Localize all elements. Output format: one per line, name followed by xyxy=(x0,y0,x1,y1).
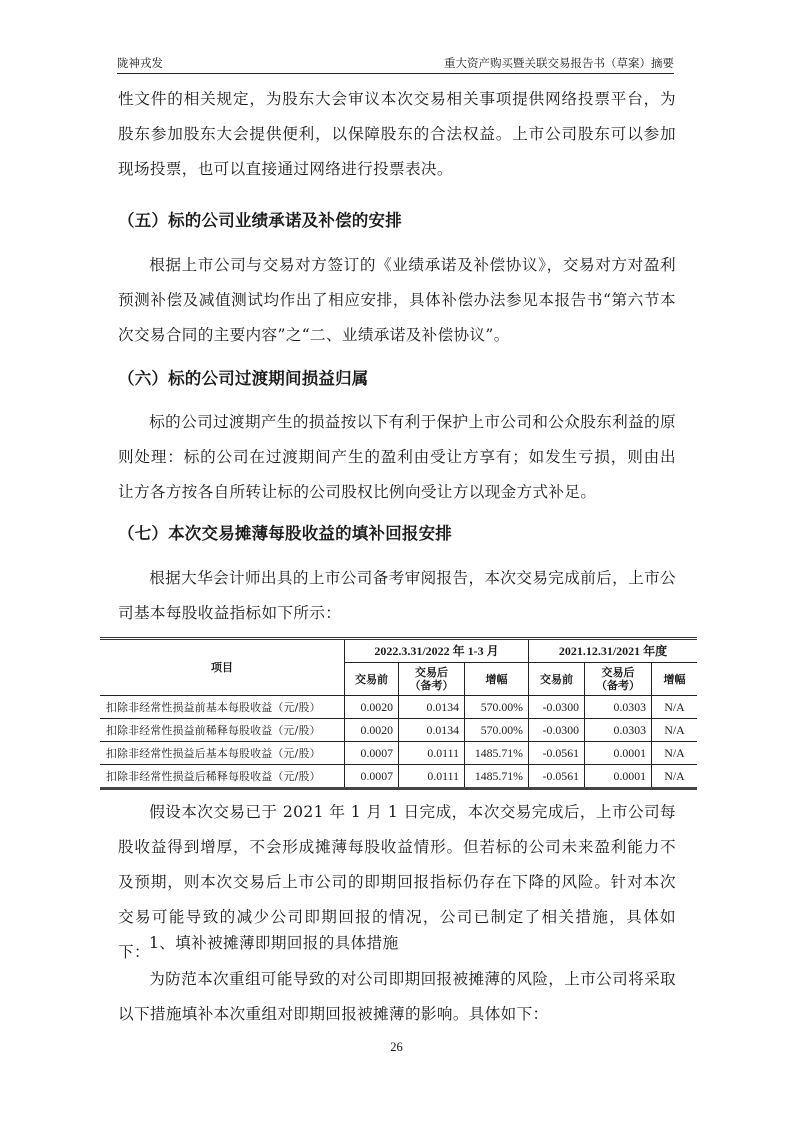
cell: N/A xyxy=(652,765,698,789)
row-label: 扣除非经常性损益前基本每股收益（元/股） xyxy=(100,696,345,719)
cell: 1485.71% xyxy=(465,765,529,789)
header-document-title: 重大资产购买暨关联交易报告书（草案）摘要 xyxy=(444,56,674,70)
section-paragraph: 根据大华会计师出具的上市公司备考审阅报告，本次交易完成前后，上市公司基本每股收益… xyxy=(118,561,676,631)
section-heading: （七）本次交易摊薄每股收益的填补回报安排 xyxy=(118,523,676,545)
change-header: 增幅 xyxy=(465,663,529,696)
period-header-2021: 2021.12.31/2021 年度 xyxy=(529,639,698,663)
intro-paragraph: 性文件的相关规定，为股东大会审议本次交易相关事项提供网络投票平台，为股东参加股东… xyxy=(118,82,676,187)
cell: 0.0111 xyxy=(399,765,465,789)
final-paragraph: 为防范本次重组可能导致的对公司即期回报被摊薄的风险，上市公司将采取以下措施填补本… xyxy=(118,962,676,1032)
final-block: 为防范本次重组可能导致的对公司即期回报被摊薄的风险，上市公司将采取以下措施填补本… xyxy=(118,962,676,1032)
intro-block: 性文件的相关规定，为股东大会审议本次交易相关事项提供网络投票平台，为股东参加股东… xyxy=(118,82,676,187)
cell: 0.0020 xyxy=(345,696,399,719)
section-heading: （五）标的公司业绩承诺及补偿的安排 xyxy=(118,210,676,232)
cell: 0.0007 xyxy=(345,765,399,789)
section-heading: （六）标的公司过渡期间损益归属 xyxy=(118,368,676,390)
cell: 570.00% xyxy=(465,719,529,742)
row-label: 扣除非经常性损益后稀释每股收益（元/股） xyxy=(100,765,345,789)
section-5-body: 根据上市公司与交易对方签订的《业绩承诺及补偿协议》，交易对方对盈利预测补偿及减值… xyxy=(118,248,676,353)
eps-table: 项目 2022.3.31/2022 年 1-3 月 2021.12.31/202… xyxy=(100,637,697,790)
section-5: （五）标的公司业绩承诺及补偿的安排 xyxy=(118,210,676,232)
cell: N/A xyxy=(652,742,698,765)
header-company-name: 陇神戎发 xyxy=(117,56,163,70)
before-header: 交易前 xyxy=(529,663,585,696)
period-header-2022q1: 2022.3.31/2022 年 1-3 月 xyxy=(345,639,529,663)
cell: N/A xyxy=(652,719,698,742)
row-label: 扣除非经常性损益后基本每股收益（元/股） xyxy=(100,742,345,765)
section-6-body: 标的公司过渡期产生的损益按以下有利于保护上市公司和公众股东利益的原则处理：标的公… xyxy=(118,405,676,510)
page-number: 26 xyxy=(0,1040,793,1055)
cell: N/A xyxy=(652,696,698,719)
section-6: （六）标的公司过渡期间损益归属 xyxy=(118,368,676,390)
cell: 0.0303 xyxy=(585,719,652,742)
item-column-header: 项目 xyxy=(100,639,345,696)
page-header: 陇神戎发 重大资产购买暨关联交易报告书（草案）摘要 xyxy=(117,55,674,74)
cell: 0.0134 xyxy=(399,696,465,719)
table-row: 扣除非经常性损益后基本每股收益（元/股） 0.0007 0.0111 1485.… xyxy=(100,742,697,765)
cell: 0.0007 xyxy=(345,742,399,765)
measures-subheading: 1、填补被摊薄即期回报的具体措施 xyxy=(118,932,676,954)
cell: 570.00% xyxy=(465,696,529,719)
cell: 0.0001 xyxy=(585,765,652,789)
section-paragraph: 标的公司过渡期产生的损益按以下有利于保护上市公司和公众股东利益的原则处理：标的公… xyxy=(118,405,676,510)
cell: -0.0300 xyxy=(529,696,585,719)
cell: 0.0134 xyxy=(399,719,465,742)
section-7-body: 根据大华会计师出具的上市公司备考审阅报告，本次交易完成前后，上市公司基本每股收益… xyxy=(118,561,676,631)
row-label: 扣除非经常性损益前稀释每股收益（元/股） xyxy=(100,719,345,742)
cell: 0.0020 xyxy=(345,719,399,742)
cell: -0.0561 xyxy=(529,742,585,765)
subheading-block: 1、填补被摊薄即期回报的具体措施 xyxy=(118,932,676,954)
table-row: 扣除非经常性损益后稀释每股收益（元/股） 0.0007 0.0111 1485.… xyxy=(100,765,697,789)
cell: 0.0303 xyxy=(585,696,652,719)
table-row: 扣除非经常性损益前基本每股收益（元/股） 0.0020 0.0134 570.0… xyxy=(100,696,697,719)
cell: -0.0561 xyxy=(529,765,585,789)
cell: -0.0300 xyxy=(529,719,585,742)
section-7: （七）本次交易摊薄每股收益的填补回报安排 xyxy=(118,523,676,545)
cell: 1485.71% xyxy=(465,742,529,765)
after-header: 交易后（备考） xyxy=(399,663,465,696)
table-row: 扣除非经常性损益前稀释每股收益（元/股） 0.0020 0.0134 570.0… xyxy=(100,719,697,742)
change-header: 增幅 xyxy=(652,663,698,696)
cell: 0.0111 xyxy=(399,742,465,765)
after-header: 交易后（备考） xyxy=(585,663,652,696)
cell: 0.0001 xyxy=(585,742,652,765)
before-header: 交易前 xyxy=(345,663,399,696)
section-paragraph: 根据上市公司与交易对方签订的《业绩承诺及补偿协议》，交易对方对盈利预测补偿及减值… xyxy=(118,248,676,353)
